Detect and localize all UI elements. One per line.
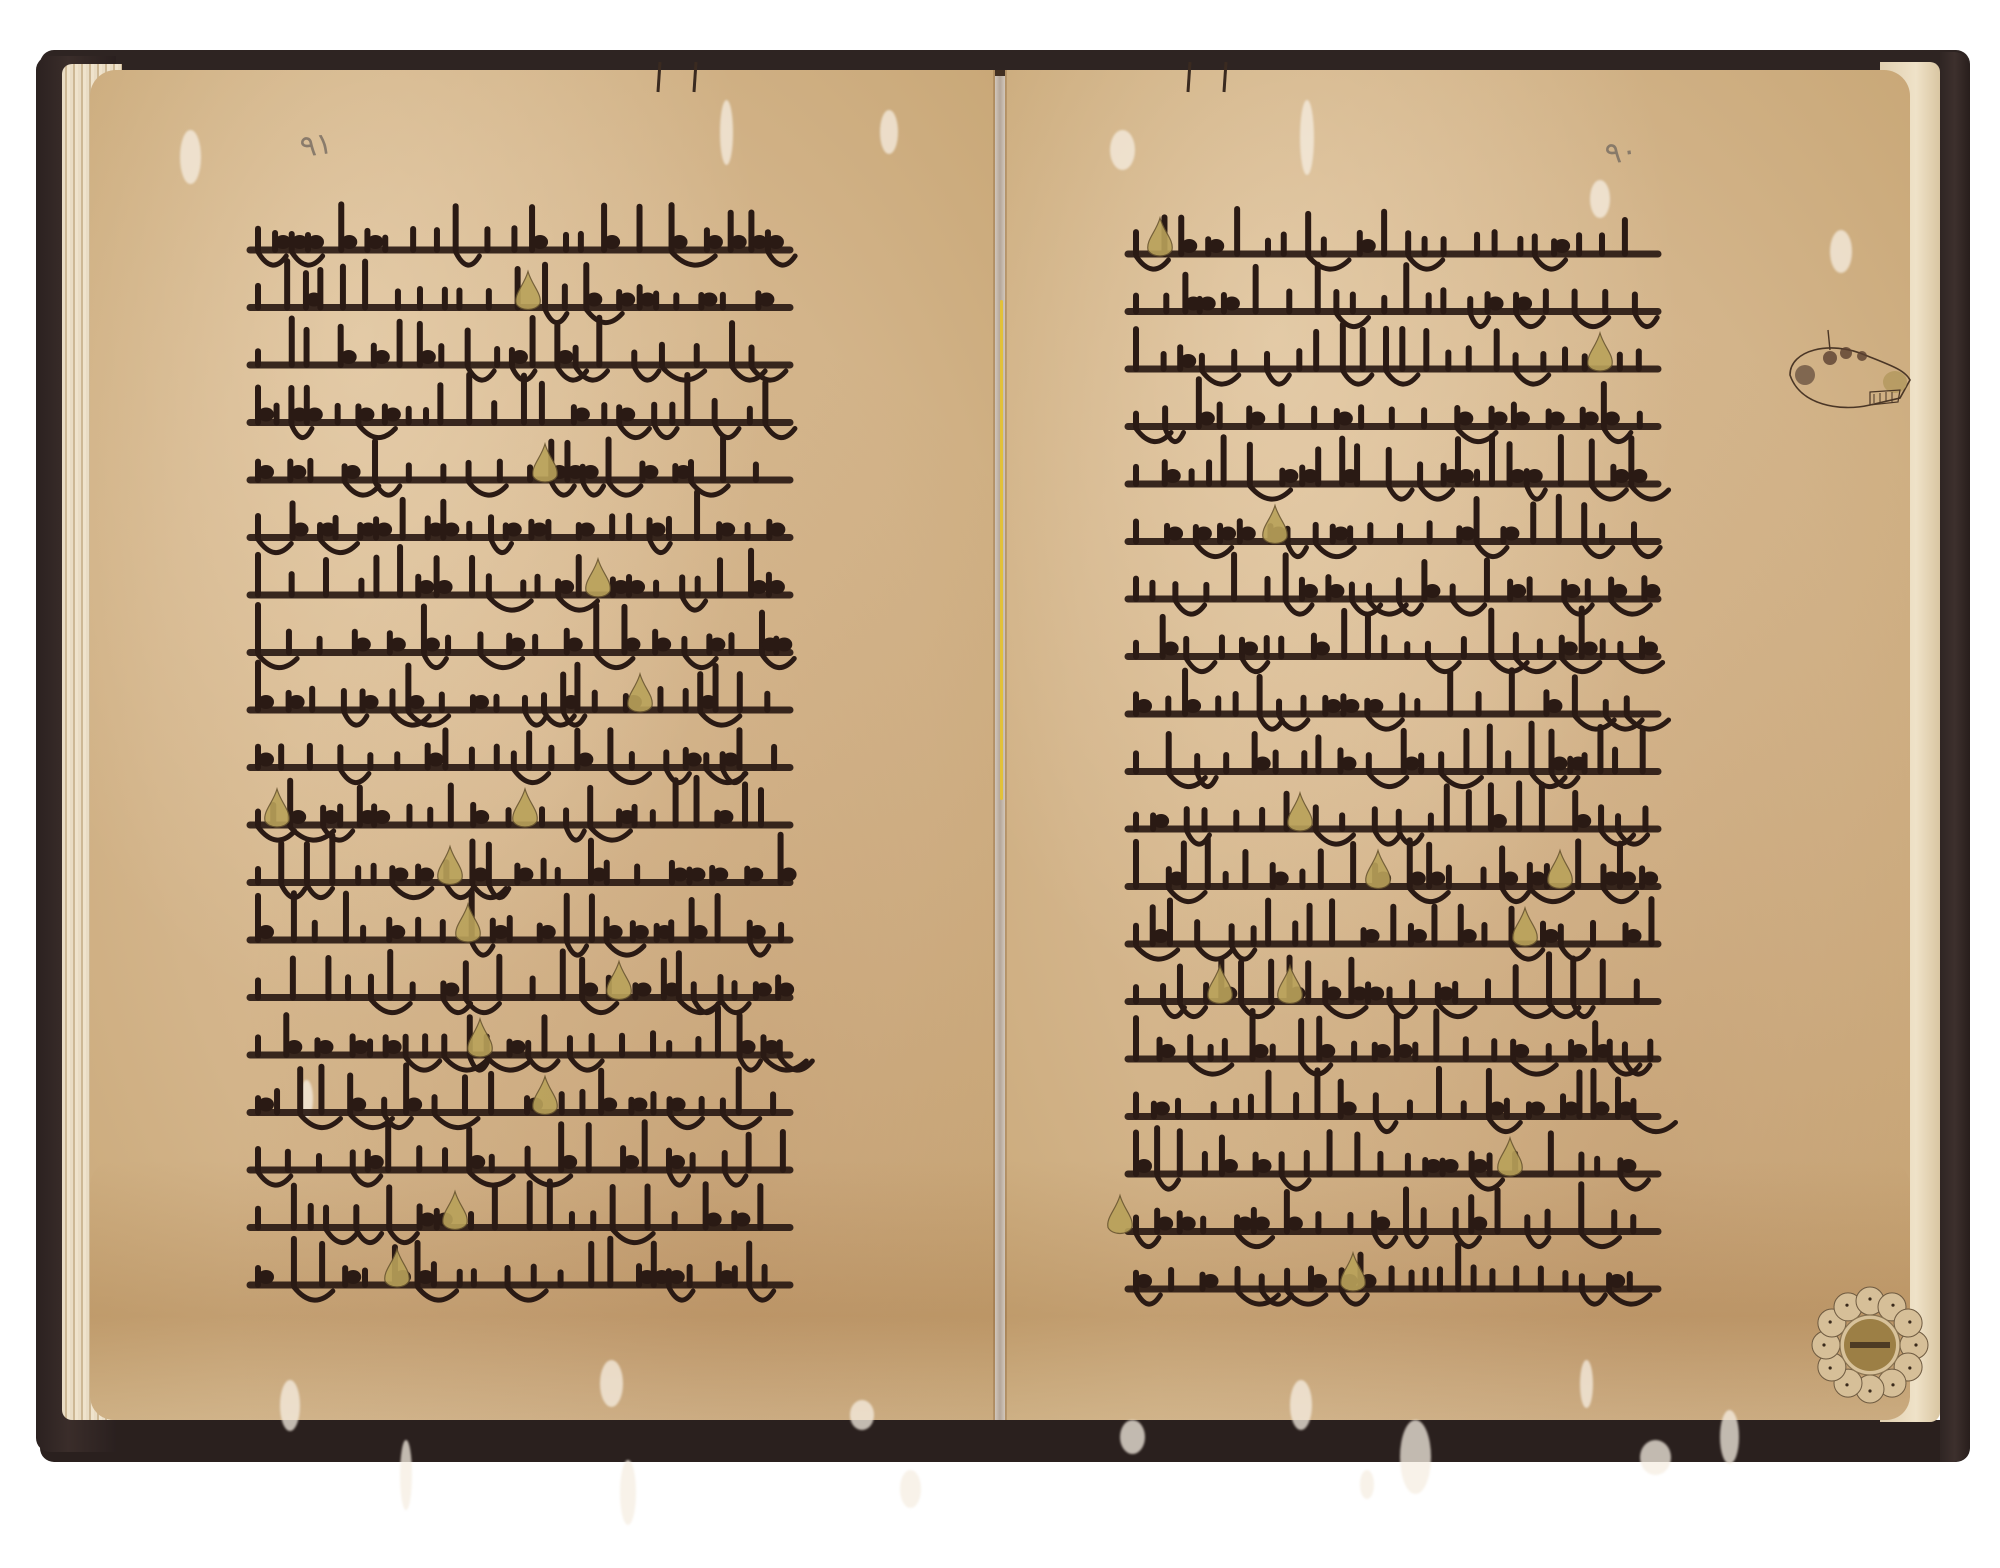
gold-verse-marker-icon — [1208, 966, 1233, 1004]
gold-verse-marker-icon — [1498, 1138, 1523, 1176]
kufic-line — [1128, 209, 1658, 269]
kufic-line — [1128, 324, 1658, 384]
rosette-medallion-icon — [1800, 1270, 1940, 1420]
right-page-kufic-text — [0, 0, 2000, 1568]
kufic-line — [1128, 1069, 1675, 1132]
gold-verse-marker-icon — [1288, 793, 1313, 831]
gold-verse-marker-icon — [1278, 966, 1303, 1004]
kufic-line — [1128, 783, 1658, 844]
gold-verse-marker-icon — [1548, 851, 1573, 889]
gold-verse-marker-icon — [1588, 333, 1613, 371]
kufic-line — [1128, 609, 1663, 672]
kufic-line — [1128, 497, 1660, 557]
kufic-line — [1128, 724, 1658, 787]
kufic-line — [1128, 265, 1658, 327]
kufic-line — [1128, 1184, 1658, 1246]
kufic-line — [1128, 1011, 1658, 1074]
kufic-line — [1128, 839, 1658, 902]
kufic-line — [1128, 670, 1669, 729]
gold-verse-marker-icon — [1366, 851, 1391, 889]
gold-verse-marker-icon — [1513, 908, 1538, 946]
palmette-medallion-icon — [1770, 320, 1920, 430]
kufic-line — [1128, 1128, 1658, 1189]
kufic-line — [1128, 379, 1658, 441]
kufic-line — [1128, 899, 1658, 959]
kufic-line — [1128, 555, 1660, 614]
gold-verse-marker-icon — [1108, 1196, 1133, 1234]
kufic-line — [1128, 436, 1669, 499]
gold-verse-marker-icon — [1263, 506, 1288, 544]
kufic-line — [1128, 954, 1658, 1016]
kufic-line — [1128, 1245, 1658, 1304]
manuscript-photo: ٩١ ٩٠ — [0, 0, 2000, 1568]
gold-verse-marker-icon — [1148, 218, 1173, 256]
